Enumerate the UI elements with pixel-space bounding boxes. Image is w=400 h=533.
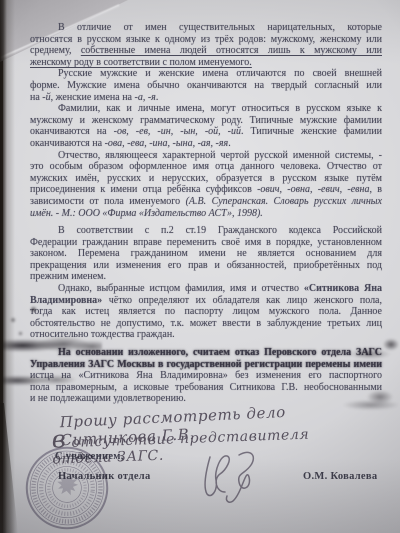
text-segment: прежним именем. — [30, 271, 106, 282]
text-line: тогда как истец является по паспорту лиц… — [30, 306, 382, 318]
text-line: мужскому и женскому грамматическому роду… — [30, 115, 382, 127]
text-line: это особым образом оформленное имя отца … — [30, 161, 382, 173]
text-segment: женскому роду в соответствии с полом име… — [30, 57, 252, 68]
text-line: на -й, женские имена на -а, -я. — [30, 92, 382, 104]
text-line: Управления ЗАГС Москвы в государственной… — [30, 359, 382, 371]
body-text: В отличие от имен существительных нарица… — [30, 22, 382, 405]
text-line: Однако, выбранные истцом фамилия, имя и … — [30, 283, 382, 295]
text-segment: относительно тождества граждан. — [30, 329, 175, 340]
text-line: форме. Мужские имена обычно оканчиваются… — [30, 80, 382, 92]
text-segment: -а, -я — [135, 92, 156, 103]
text-segment: прекращения или изменения его прав и обя… — [30, 260, 382, 271]
text-segment: Отчество, являющееся характерной чертой … — [58, 150, 382, 161]
text-segment: , женские имена на — [51, 92, 135, 103]
text-segment: истца на «Ситникова Яна Владимировна» бе… — [30, 370, 382, 381]
text-line: присоединения к имени отца ребёнка суффи… — [30, 184, 382, 196]
text-segment: оканчиваются на — [30, 126, 114, 137]
text-line: Русские мужские и женские имена отличают… — [30, 68, 382, 80]
text-segment: -ович, -овна, -евич, -евна — [257, 184, 369, 195]
text-segment: присоединения к имени отца ребёнка суффи… — [30, 184, 257, 195]
text-segment: относятся в русском языке к одному из тр… — [30, 34, 382, 45]
signer-name: О.М. Ковалева — [303, 471, 377, 482]
paragraph: Фамилии, как и личные имена, могут относ… — [30, 103, 382, 149]
text-segment: среднему, — [30, 45, 81, 56]
text-segment: обстоятельство не допустимо, т.к. может … — [30, 318, 382, 329]
text-segment: и не подлежащими удовлетворению. — [30, 393, 186, 404]
paragraph: Однако, выбранные истцом фамилия, имя и … — [30, 283, 382, 341]
text-line: имён. - М.: ООО «Фирма «Издательство АСТ… — [30, 208, 382, 220]
text-segment: мужскому и женскому грамматическому роду… — [30, 115, 382, 126]
text-segment: Фамилии, как и личные имена, могут относ… — [58, 103, 382, 114]
text-segment: законом. Перемена гражданином имени не я… — [30, 248, 382, 259]
text-segment: это особым образом оформленное имя отца … — [30, 161, 382, 172]
text-segment: имён. - М.: ООО «Фирма «Издательство АСТ… — [30, 208, 263, 219]
text-segment: На основании изложенного, считаем отказ … — [58, 347, 382, 358]
text-line: истца на «Ситникова Яна Владимировна» бе… — [30, 370, 382, 382]
text-segment: (А.В. Суперанская. Словарь русских личны… — [186, 196, 382, 207]
text-segment: тогда как истец является по паспорту лиц… — [30, 306, 382, 317]
text-segment: Управления ЗАГС Москвы в государственной… — [30, 359, 382, 370]
text-line: женскому роду в соответствии с полом име… — [30, 57, 382, 69]
text-segment: , в — [369, 184, 382, 195]
text-line: Отчество, являющееся характерной чертой … — [30, 150, 382, 162]
text-line: Федерации гражданин вправе переменить св… — [30, 237, 382, 249]
text-segment: . — [228, 138, 231, 149]
text-line: законом. Перемена гражданином имени не я… — [30, 248, 382, 260]
text-line: мужских имён, русских и нерусских, образ… — [30, 173, 382, 185]
text-segment: мужских имён, русских и нерусских, образ… — [30, 173, 382, 184]
text-segment: Владимировна» — [30, 295, 102, 306]
text-segment: на — [30, 92, 42, 103]
text-line: В отличие от имен существительных нарица… — [30, 22, 382, 34]
text-segment: собственные имена людей относятся лишь к… — [81, 45, 382, 56]
document-photo: В отличие от имен существительных нарица… — [0, 0, 400, 533]
text-segment: В отличие от имен существительных нарица… — [58, 22, 382, 33]
text-segment: Однако, выбранные истцом фамилия, имя и … — [58, 283, 304, 294]
text-segment: Русские мужские и женские имена отличают… — [58, 68, 382, 79]
paragraph: Русские мужские и женские имена отличают… — [30, 68, 382, 103]
text-segment: пола правомерным, а исковые требования С… — [30, 382, 382, 393]
text-line: прежним именем. — [30, 271, 382, 283]
text-segment: зависимости от пола именуемого — [30, 196, 186, 207]
text-line: Фамилии, как и личные имена, могут относ… — [30, 103, 382, 115]
text-line: оканчиваются на -ова, -ева, -ина, -ына, … — [30, 138, 382, 150]
text-segment: «Ситникова Яна — [304, 283, 382, 294]
text-line: относятся в русском языке к одному из тр… — [30, 34, 382, 46]
text-segment: -ова, -ева, -ина, -ына, -ая, -яя — [105, 138, 229, 149]
signature-icon — [196, 447, 274, 507]
paragraph: На основании изложенного, считаем отказ … — [30, 347, 382, 405]
text-line: прекращения или изменения его прав и обя… — [30, 260, 382, 272]
paragraph: В соответствии с п.2 ст.19 Гражданского … — [30, 225, 382, 283]
text-line: оканчиваются на -ов, -ев, -ин, -ын, -ой,… — [30, 126, 382, 138]
paragraph: В отличие от имен существительных нарица… — [30, 22, 382, 68]
text-segment: оканчиваются на — [30, 138, 105, 149]
text-segment: В соответствии с п.2 ст.19 Гражданского … — [58, 225, 382, 236]
text-line: зависимости от пола именуемого (А.В. Суп… — [30, 196, 382, 208]
text-line: На основании изложенного, считаем отказ … — [30, 347, 382, 359]
text-segment: -й — [42, 92, 50, 103]
text-segment: . — [156, 92, 159, 103]
text-line: относительно тождества граждан. — [30, 329, 382, 341]
text-line: пола правомерным, а исковые требования С… — [30, 382, 382, 394]
text-line: В соответствии с п.2 ст.19 Гражданского … — [30, 225, 382, 237]
text-segment: -ов, -ев, -ин, -ын, -ой, -ий — [114, 126, 241, 137]
text-segment: форме. Мужские имена обычно оканчиваются… — [30, 80, 382, 91]
text-segment: . Типичные женские фамилии — [241, 126, 382, 137]
text-segment: Федерации гражданин вправе переменить св… — [30, 237, 382, 248]
text-line: Владимировна» чётко определяют их облада… — [30, 295, 382, 307]
text-segment: чётко определяют их обладателя как лицо … — [102, 295, 382, 306]
text-line: среднему, собственные имена людей относя… — [30, 45, 382, 57]
paragraph: Отчество, являющееся характерной чертой … — [30, 150, 382, 220]
text-line: обстоятельство не допустимо, т.к. может … — [30, 318, 382, 330]
official-stamp-icon — [14, 437, 120, 533]
